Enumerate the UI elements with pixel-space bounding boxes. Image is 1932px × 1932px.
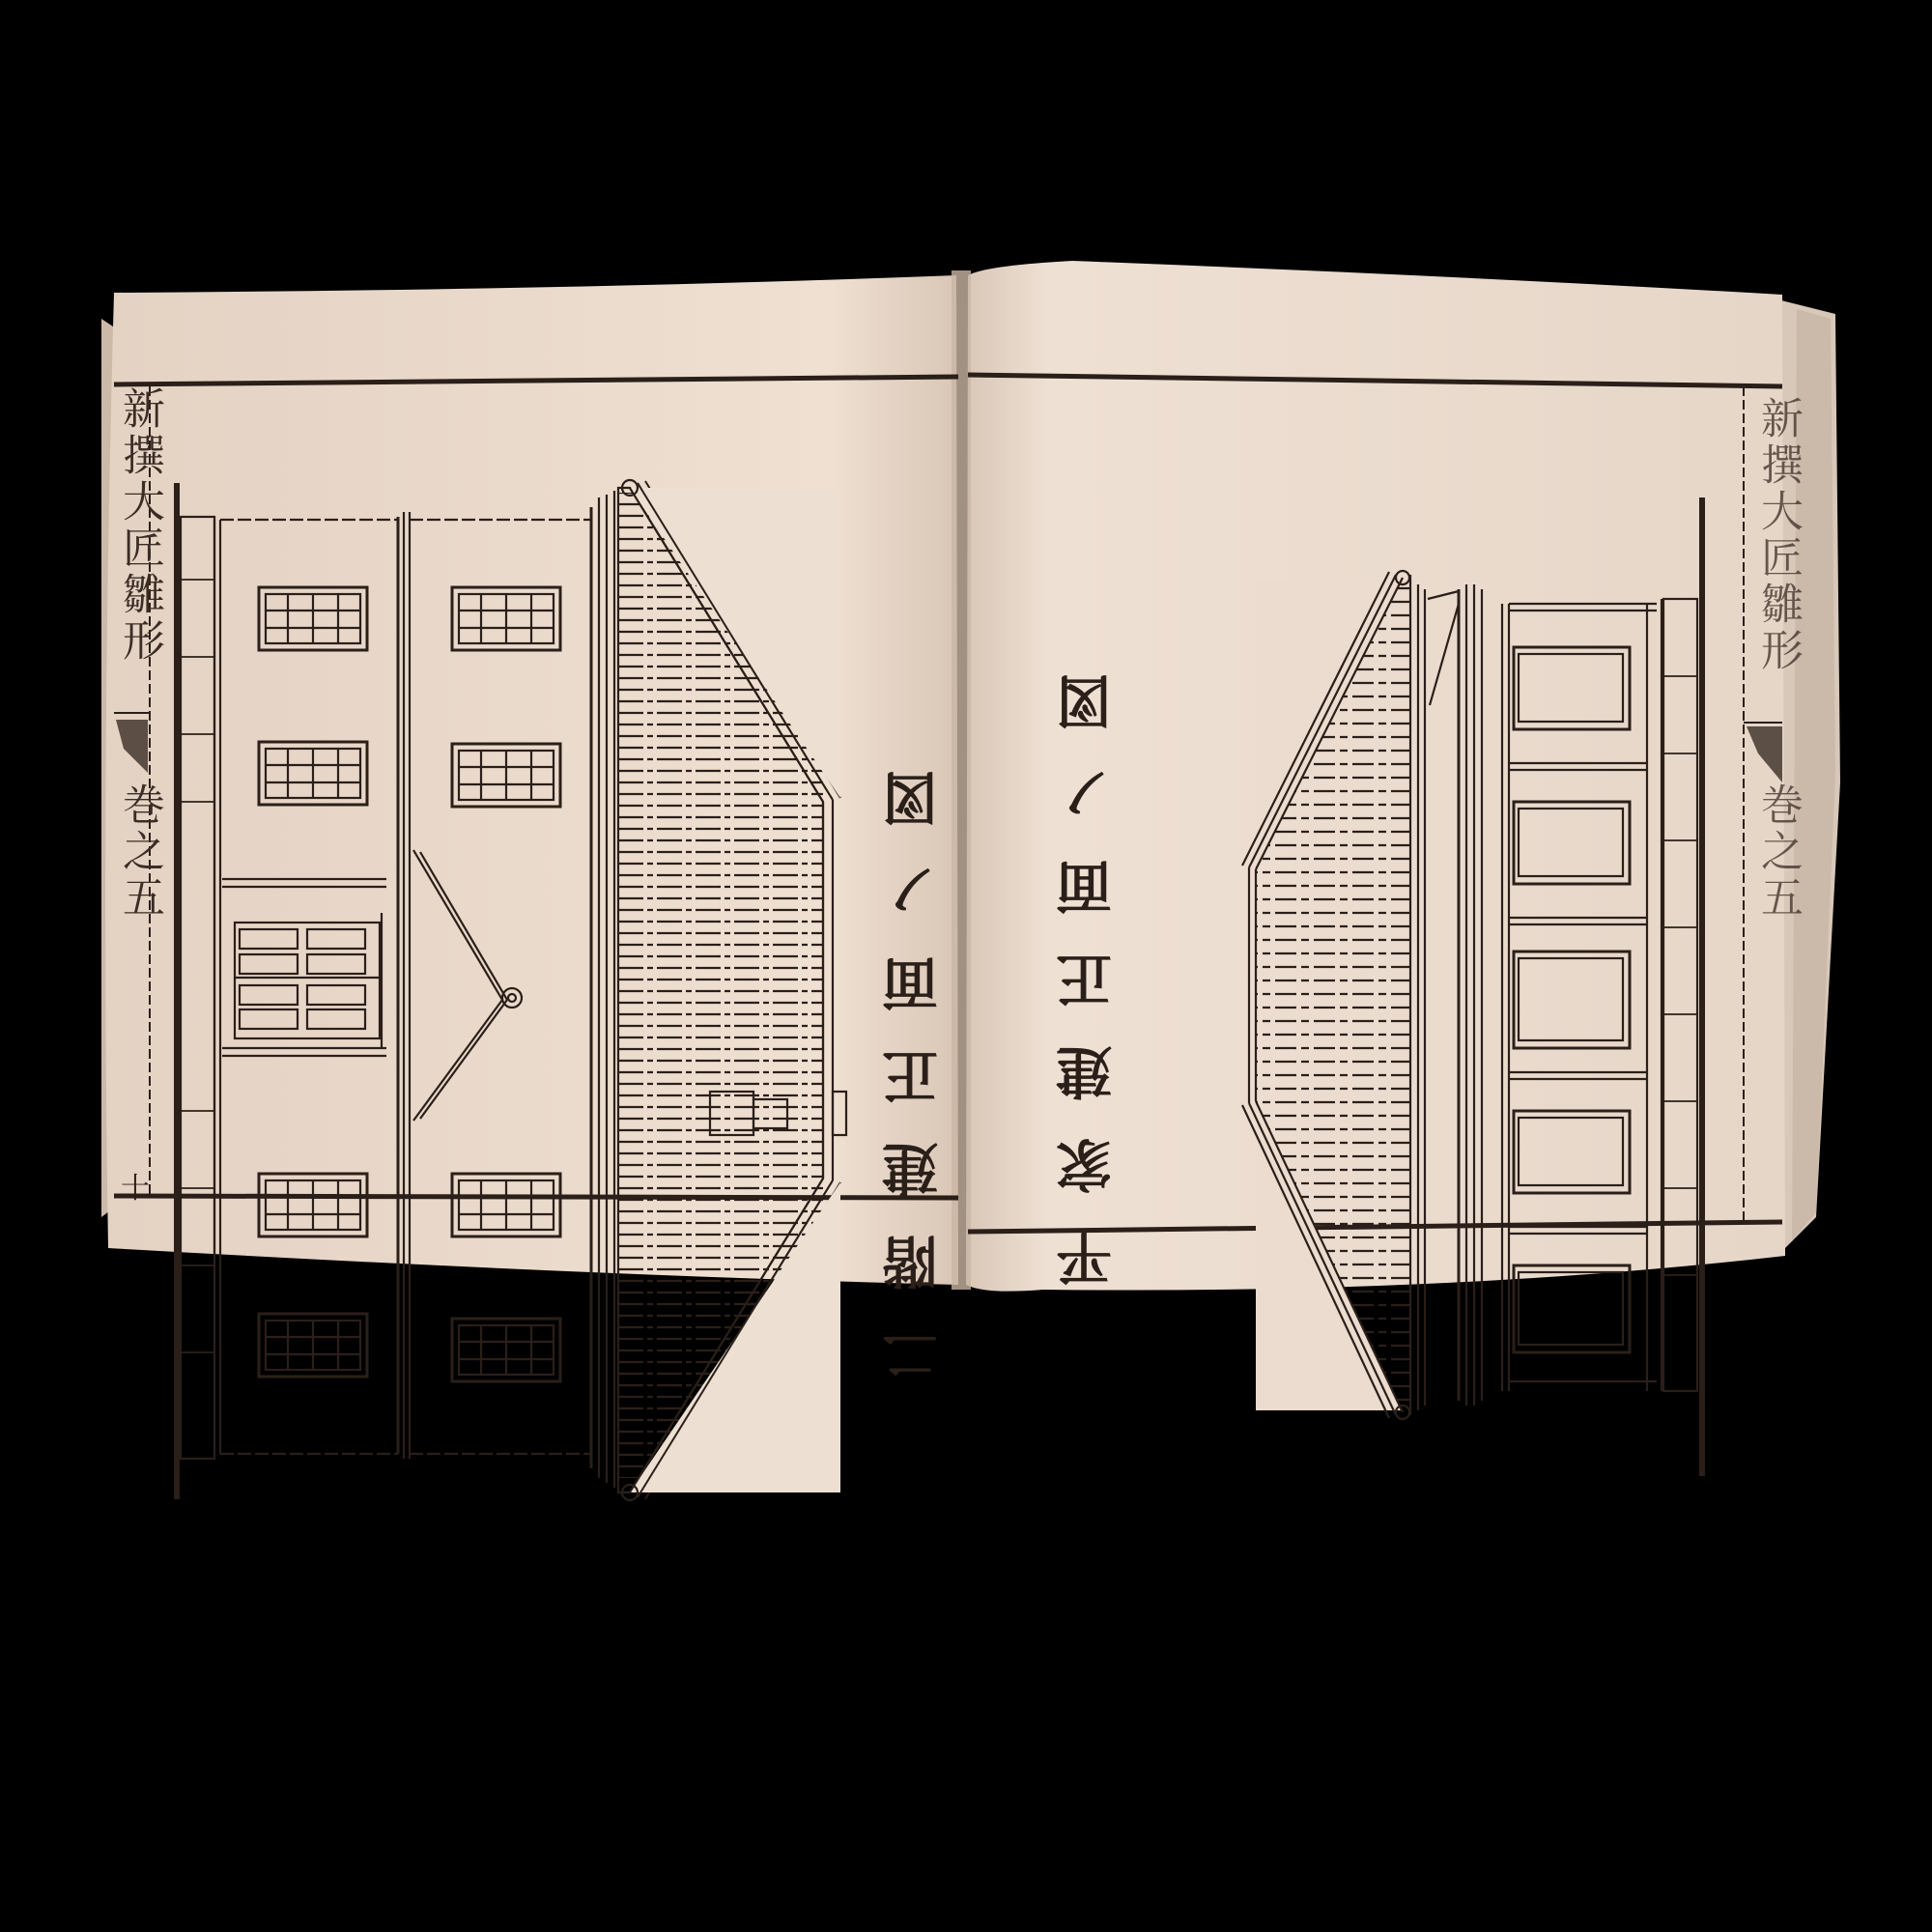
right-spine-title: 新撰大匠雛形 [1747, 396, 1808, 674]
page-number: 十 [121, 1164, 150, 1207]
right-caption: 平家建正面ノ図 [1048, 638, 1129, 1287]
left-spine-title: 新撰大匠雛形 [108, 386, 170, 665]
open-book-illustration [0, 0, 1932, 1932]
photo-stage: 新撰大匠雛形 巻之五 十 二階建正面ノ図 平家建正面ノ図 新撰大匠雛形 巻之五 [0, 0, 1932, 1932]
left-spine-volume: 巻之五 [108, 782, 170, 922]
left-caption: 二階建正面ノ図 [874, 734, 955, 1383]
right-spine-volume: 巻之五 [1747, 782, 1808, 922]
